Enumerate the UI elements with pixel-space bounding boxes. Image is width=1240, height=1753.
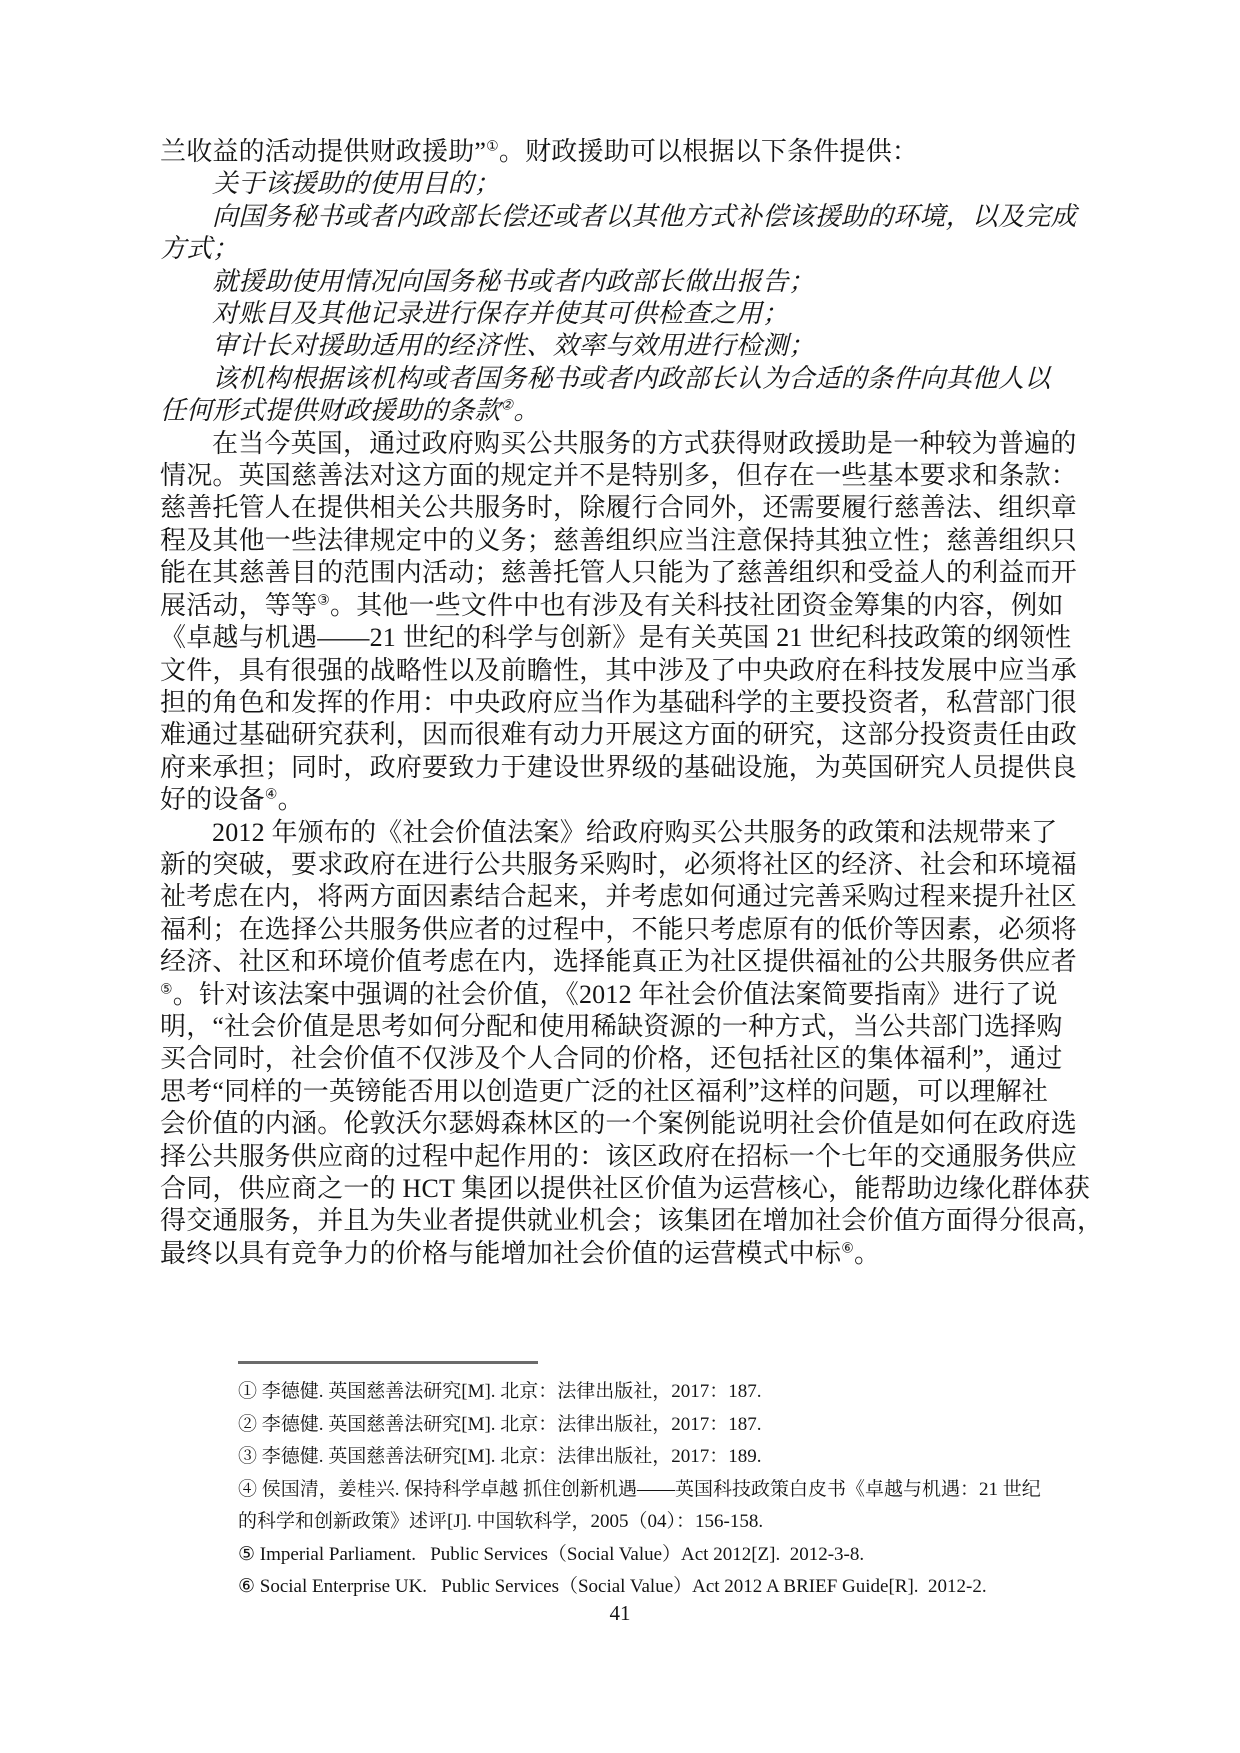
body-line: 2012 年颁布的《社会价值法案》给政府购买公共服务的政策和法规带来了 [160,817,1080,849]
body-line-text: 好的设备④。 [160,785,304,814]
body-line-text: 任何形式提供财政援助的条款②。 [160,396,540,425]
footnote-text: ① 李德健. 英国慈善法研究[M]. 北京：法律出版社，2017：187. [238,1381,762,1402]
body-line: 买合同时，社会价值不仅涉及个人合同的价格，还包括社区的集体福利”，通过 [160,1043,1080,1075]
body-line-text: 就援助使用情况向国务秘书或者内政部长做出报告； [212,267,815,296]
footnote-text: ③ 李德健. 英国慈善法研究[M]. 北京：法律出版社，2017：189. [238,1446,762,1467]
body-line-text: 程及其他一些法律规定中的义务；慈善组织应当注意保持其独立性；慈善组织只 [160,526,1077,555]
body-text: 兰收益的活动提供财政援助”①。财政援助可以根据以下条件提供：关于该援助的使用目的… [160,136,1080,1270]
footnote-line: ④ 侯国清，姜桂兴. 保持科学卓越 抓住创新机遇——英国科技政策白皮书《卓越与机… [238,1474,1108,1507]
body-line: 慈善托管人在提供相关公共服务时，除履行合同外，还需要履行慈善法、组织章 [160,492,1080,524]
footnote-text: ⑤ Imperial Parliament. Public Services（S… [238,1544,864,1565]
body-line-text: 向国务秘书或者内政部长偿还或者以其他方式补偿该援助的环境，以及完成 [212,202,1077,231]
body-line: 新的突破，要求政府在进行公共服务采购时，必须将社区的经济、社会和环境福 [160,849,1080,881]
body-line-text: 福利；在选择公共服务供应者的过程中，不能只考虑原有的低价等因素，必须将 [160,915,1077,944]
body-line: 择公共服务供应商的过程中起作用的：该区政府在招标一个七年的交通服务供应 [160,1141,1080,1173]
body-line: 会价值的内涵。伦敦沃尔瑟姆森林区的一个案例能说明社会价值是如何在政府选 [160,1108,1080,1140]
body-line-text: 对账目及其他记录进行保存并使其可供检查之用； [212,299,788,328]
footnotes: ① 李德健. 英国慈善法研究[M]. 北京：法律出版社，2017：187.② 李… [238,1376,1108,1604]
footnote-line: ② 李德健. 英国慈善法研究[M]. 北京：法律出版社，2017：187. [238,1409,1108,1442]
body-line-text: 2012 年颁布的《社会价值法案》给政府购买公共服务的政策和法规带来了 [212,818,1058,847]
body-line: 任何形式提供财政援助的条款②。 [160,395,1080,427]
body-line-text: 新的突破，要求政府在进行公共服务采购时，必须将社区的经济、社会和环境福 [160,850,1077,879]
body-line-text: 能在其慈善目的范围内活动；慈善托管人只能为了慈善组织和受益人的利益而开 [160,558,1077,587]
body-line-text: 展活动，等等③。其他一些文件中也有涉及有关科技社团资金筹集的内容，例如 [160,591,1064,620]
body-line: 担的角色和发挥的作用：中央政府应当作为基础科学的主要投资者，私营部门很 [160,687,1080,719]
body-line-text: 《卓越与机遇——21 世纪的科学与创新》是有关英国 21 世纪科技政策的纲领性 [160,623,1071,652]
body-line: 思考“同样的一英镑能否用以创造更广泛的社区福利”这样的问题，可以理解社 [160,1076,1080,1108]
page-number: 41 [0,1601,1240,1626]
body-line-text: 担的角色和发挥的作用：中央政府应当作为基础科学的主要投资者，私营部门很 [160,688,1077,717]
footnote-line: 的科学和创新政策》述评[J]. 中国软科学，2005（04）：156-158. [238,1506,1108,1539]
body-line-text: 慈善托管人在提供相关公共服务时，除履行合同外，还需要履行慈善法、组织章 [160,493,1077,522]
body-line-text: 明，“社会价值是思考如何分配和使用稀缺资源的一种方式，当公共部门选择购 [160,1012,1063,1041]
body-line: 在当今英国，通过政府购买公共服务的方式获得财政援助是一种较为普遍的 [160,428,1080,460]
body-line: 对账目及其他记录进行保存并使其可供检查之用； [160,298,1080,330]
footnote-text: 的科学和创新政策》述评[J]. 中国软科学，2005（04）：156-158. [238,1511,763,1532]
body-line-text: 经济、社区和环境价值考虑在内，选择能真正为社区提供福祉的公共服务供应者 [160,947,1077,976]
footnote-line: ① 李德健. 英国慈善法研究[M]. 北京：法律出版社，2017：187. [238,1376,1108,1409]
body-line: 程及其他一些法律规定中的义务；慈善组织应当注意保持其独立性；慈善组织只 [160,525,1080,557]
body-line: 展活动，等等③。其他一些文件中也有涉及有关科技社团资金筹集的内容，例如 [160,590,1080,622]
body-line-text: 祉考虑在内，将两方面因素结合起来，并考虑如何通过完善采购过程来提升社区 [160,882,1077,911]
body-line: 经济、社区和环境价值考虑在内，选择能真正为社区提供福祉的公共服务供应者 [160,946,1080,978]
body-line: 兰收益的活动提供财政援助”①。财政援助可以根据以下条件提供： [160,136,1080,168]
body-line: 能在其慈善目的范围内活动；慈善托管人只能为了慈善组织和受益人的利益而开 [160,557,1080,589]
body-line-text: 难通过基础研究获利，因而很难有动力开展这方面的研究，这部分投资责任由政 [160,720,1077,749]
body-line-text: 择公共服务供应商的过程中起作用的：该区政府在招标一个七年的交通服务供应 [160,1142,1077,1171]
body-line: 就援助使用情况向国务秘书或者内政部长做出报告； [160,266,1080,298]
body-line: 明，“社会价值是思考如何分配和使用稀缺资源的一种方式，当公共部门选择购 [160,1011,1080,1043]
body-line: 福利；在选择公共服务供应者的过程中，不能只考虑原有的低价等因素，必须将 [160,914,1080,946]
body-line-text: ⑤。针对该法案中强调的社会价值，《2012 年社会价值法案简要指南》进行了说 [160,980,1058,1009]
body-line-text: 最终以具有竞争力的价格与能增加社会价值的运营模式中标⑥。 [160,1239,880,1268]
body-line-text: 买合同时，社会价值不仅涉及个人合同的价格，还包括社区的集体福利”，通过 [160,1044,1063,1073]
body-line: 难通过基础研究获利，因而很难有动力开展这方面的研究，这部分投资责任由政 [160,719,1080,751]
body-line: 情况。英国慈善法对这方面的规定并不是特别多，但存在一些基本要求和条款： [160,460,1080,492]
body-line-text: 文件，具有很强的战略性以及前瞻性，其中涉及了中央政府在科技发展中应当承 [160,656,1077,685]
footnote-line: ③ 李德健. 英国慈善法研究[M]. 北京：法律出版社，2017：189. [238,1441,1108,1474]
body-line: 方式； [160,233,1080,265]
body-line-text: 审计长对援助适用的经济性、效率与效用进行检测； [212,331,815,360]
body-line: 向国务秘书或者内政部长偿还或者以其他方式补偿该援助的环境，以及完成 [160,201,1080,233]
footnote-text: ② 李德健. 英国慈善法研究[M]. 北京：法律出版社，2017：187. [238,1414,762,1435]
body-line-text: 兰收益的活动提供财政援助”①。财政援助可以根据以下条件提供： [160,137,918,166]
body-line-text: 府来承担；同时，政府要致力于建设世界级的基础设施，为英国研究人员提供良 [160,753,1077,782]
body-line: 得交通服务，并且为失业者提供就业机会；该集团在增加社会价值方面得分很高， [160,1205,1080,1237]
body-line: 府来承担；同时，政府要致力于建设世界级的基础设施，为英国研究人员提供良 [160,752,1080,784]
body-line-text: 在当今英国，通过政府购买公共服务的方式获得财政援助是一种较为普遍的 [212,429,1077,458]
body-line: 好的设备④。 [160,784,1080,816]
body-line: 该机构根据该机构或者国务秘书或者内政部长认为合适的条件向其他人以 [160,363,1080,395]
body-line: ⑤。针对该法案中强调的社会价值，《2012 年社会价值法案简要指南》进行了说 [160,979,1080,1011]
body-line-text: 关于该援助的使用目的； [212,169,500,198]
body-line-text: 该机构根据该机构或者国务秘书或者内政部长认为合适的条件向其他人以 [212,364,1050,393]
body-line: 最终以具有竞争力的价格与能增加社会价值的运营模式中标⑥。 [160,1238,1080,1270]
body-line: 合同，供应商之一的 HCT 集团以提供社区价值为运营核心，能帮助边缘化群体获 [160,1173,1080,1205]
footnote-line: ⑤ Imperial Parliament. Public Services（S… [238,1539,1108,1572]
body-line: 《卓越与机遇——21 世纪的科学与创新》是有关英国 21 世纪科技政策的纲领性 [160,622,1080,654]
body-line-text: 思考“同样的一英镑能否用以创造更广泛的社区福利”这样的问题，可以理解社 [160,1077,1048,1106]
footnote-text: ④ 侯国清，姜桂兴. 保持科学卓越 抓住创新机遇——英国科技政策白皮书《卓越与机… [238,1479,1041,1500]
body-line-text: 情况。英国慈善法对这方面的规定并不是特别多，但存在一些基本要求和条款： [160,461,1077,490]
body-line-text: 会价值的内涵。伦敦沃尔瑟姆森林区的一个案例能说明社会价值是如何在政府选 [160,1109,1077,1138]
body-line-text: 方式； [160,234,239,263]
body-line: 祉考虑在内，将两方面因素结合起来，并考虑如何通过完善采购过程来提升社区 [160,881,1080,913]
body-line: 文件，具有很强的战略性以及前瞻性，其中涉及了中央政府在科技发展中应当承 [160,655,1080,687]
footnote-text: ⑥ Social Enterprise UK. Public Services（… [238,1576,987,1597]
body-line: 关于该援助的使用目的； [160,168,1080,200]
footnote-divider [238,1361,538,1364]
body-line-text: 得交通服务，并且为失业者提供就业机会；该集团在增加社会价值方面得分很高， [160,1206,1103,1235]
document-page: 兰收益的活动提供财政援助”①。财政援助可以根据以下条件提供：关于该援助的使用目的… [0,0,1240,1753]
body-line: 审计长对援助适用的经济性、效率与效用进行检测； [160,330,1080,362]
footnote-line: ⑥ Social Enterprise UK. Public Services（… [238,1571,1108,1604]
body-line-text: 合同，供应商之一的 HCT 集团以提供社区价值为运营核心，能帮助边缘化群体获 [160,1174,1090,1203]
